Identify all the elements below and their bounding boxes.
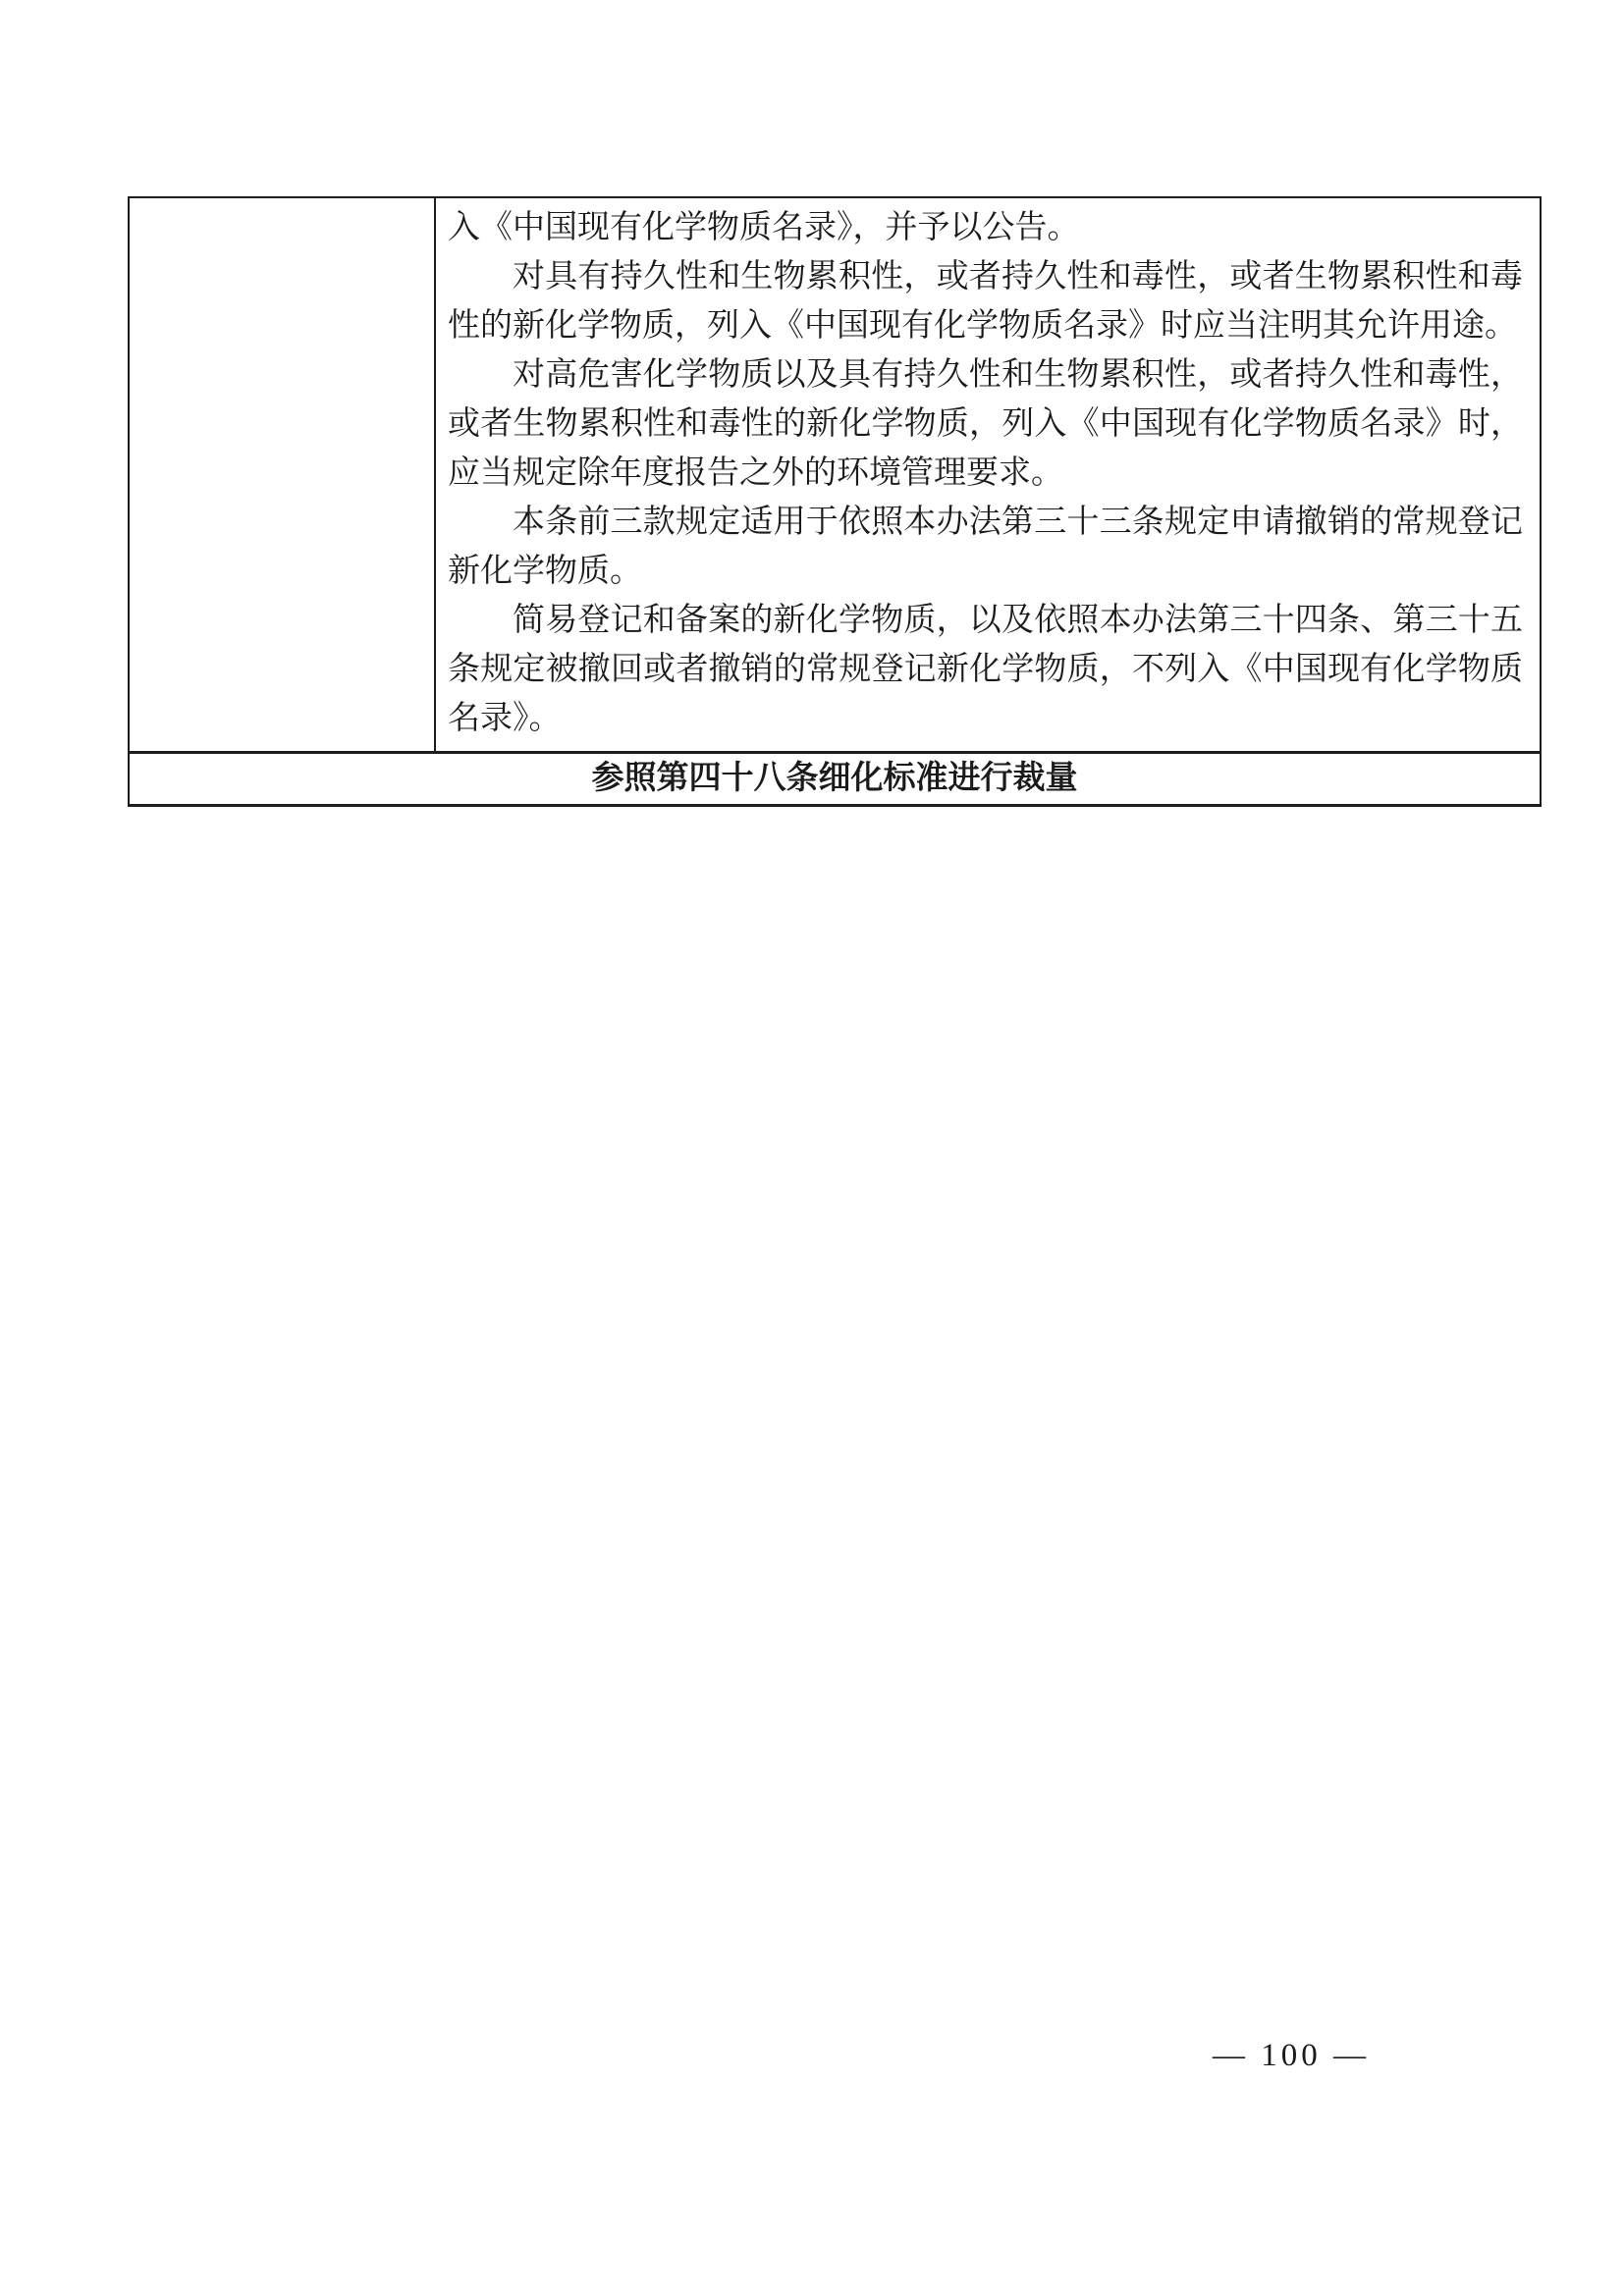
table-right-cell: 入《中国现有化学物质名录》，并予以公告。 对具有持久性和生物累积性，或者持久性和… [436,198,1540,751]
document-page: 入《中国现有化学物质名录》，并予以公告。 对具有持久性和生物累积性，或者持久性和… [0,0,1624,2296]
table-body-row: 入《中国现有化学物质名录》，并予以公告。 对具有持久性和生物累积性，或者持久性和… [130,198,1540,754]
footer-discretion-standard-text: 参照第四十八条细化标准进行裁量 [592,763,1078,795]
paragraph-continuation: 入《中国现有化学物质名录》，并予以公告。 [448,203,1523,252]
paragraph-applicability: 本条前三款规定适用于依照本办法第三十三条规定申请撤销的常规登记新化学物质。 [448,498,1523,596]
paragraph-persistence-bioaccumulation: 对具有持久性和生物累积性，或者持久性和毒性，或者生物累积性和毒性的新化学物质，列… [448,252,1523,350]
table-footer-row: 参照第四十八条细化标准进行裁量 [130,754,1540,804]
table-left-cell [130,198,436,751]
page-number: — 100 — [1134,2038,1448,2074]
paragraph-simple-registration: 简易登记和备案的新化学物质，以及依照本办法第三十四条、第三十五条规定被撤回或者撤… [448,596,1523,743]
paragraph-high-hazard: 对高危害化学物质以及具有持久性和生物累积性，或者持久性和毒性，或者生物累积性和毒… [448,350,1523,498]
content-table: 入《中国现有化学物质名录》，并予以公告。 对具有持久性和生物累积性，或者持久性和… [128,196,1542,807]
